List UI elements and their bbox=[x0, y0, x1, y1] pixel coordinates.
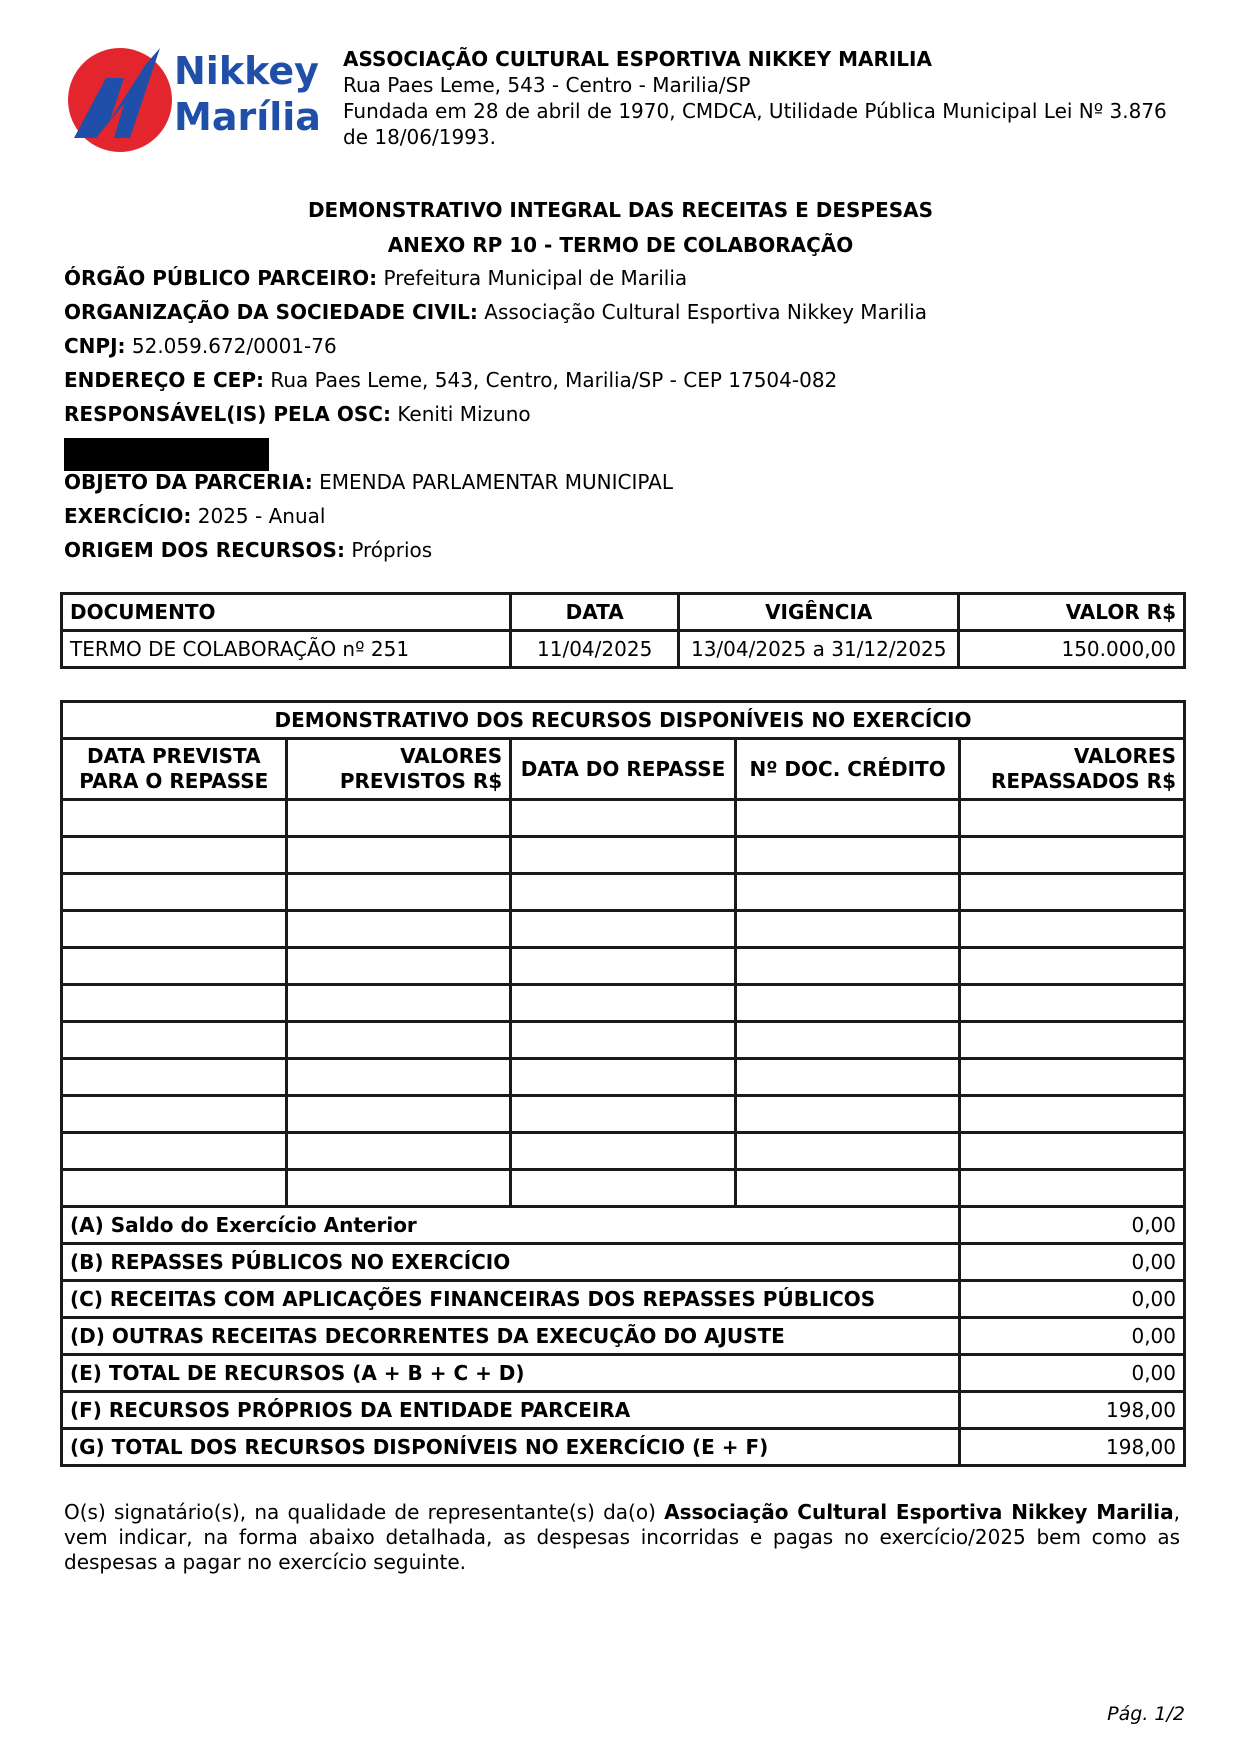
signatory-statement: O(s) signatário(s), na qualidade de repr… bbox=[64, 1500, 1180, 1575]
page-number: Pág. 1/2 bbox=[1107, 1703, 1185, 1725]
summary-value: 198,00 bbox=[960, 1429, 1185, 1466]
empty-cell bbox=[62, 1096, 287, 1133]
resources-table-header: DATA PREVISTA PARA O REPASSE VALORES PRE… bbox=[62, 739, 1185, 800]
field-exercicio: EXERCÍCIO: 2025 - Anual bbox=[64, 503, 325, 529]
summary-value: 0,00 bbox=[960, 1244, 1185, 1281]
summary-label: (E) TOTAL DE RECURSOS (A + B + C + D) bbox=[62, 1355, 960, 1392]
col-doc-credito: Nº DOC. CRÉDITO bbox=[735, 739, 960, 800]
organization-name: ASSOCIAÇÃO CULTURAL ESPORTIVA NIKKEY MAR… bbox=[343, 46, 1183, 72]
empty-cell bbox=[735, 948, 960, 985]
summary-value: 0,00 bbox=[960, 1355, 1185, 1392]
summary-label: (C) RECEITAS COM APLICAÇÕES FINANCEIRAS … bbox=[62, 1281, 960, 1318]
table-row: TERMO DE COLABORAÇÃO nº 251 11/04/2025 1… bbox=[62, 631, 1185, 668]
table-row bbox=[62, 948, 1185, 985]
cell-data: 11/04/2025 bbox=[511, 631, 679, 668]
summary-row: (C) RECEITAS COM APLICAÇÕES FINANCEIRAS … bbox=[62, 1281, 1185, 1318]
empty-cell bbox=[960, 1022, 1185, 1059]
empty-cell bbox=[511, 1170, 736, 1207]
empty-cell bbox=[286, 1133, 511, 1170]
resources-table-caption-row: DEMONSTRATIVO DOS RECURSOS DISPONÍVEIS N… bbox=[62, 702, 1185, 739]
empty-cell bbox=[62, 1059, 287, 1096]
summary-row: (E) TOTAL DE RECURSOS (A + B + C + D)0,0… bbox=[62, 1355, 1185, 1392]
col-data-repasse: DATA DO REPASSE bbox=[511, 739, 736, 800]
summary-value: 198,00 bbox=[960, 1392, 1185, 1429]
col-valor: VALOR R$ bbox=[959, 594, 1185, 631]
empty-cell bbox=[735, 1133, 960, 1170]
table-row bbox=[62, 1170, 1185, 1207]
empty-cell bbox=[960, 911, 1185, 948]
svg-text:Marília: Marília bbox=[174, 95, 321, 139]
empty-cell bbox=[286, 874, 511, 911]
empty-cell bbox=[511, 1096, 736, 1133]
cell-documento: TERMO DE COLABORAÇÃO nº 251 bbox=[62, 631, 511, 668]
empty-cell bbox=[286, 837, 511, 874]
empty-cell bbox=[511, 1022, 736, 1059]
cell-valor: 150.000,00 bbox=[959, 631, 1185, 668]
summary-label: (G) TOTAL DOS RECURSOS DISPONÍVEIS NO EX… bbox=[62, 1429, 960, 1466]
empty-cell bbox=[960, 874, 1185, 911]
empty-cell bbox=[960, 1096, 1185, 1133]
empty-cell bbox=[735, 1170, 960, 1207]
document-title: DEMONSTRATIVO INTEGRAL DAS RECEITAS E DE… bbox=[0, 198, 1241, 222]
empty-cell bbox=[62, 837, 287, 874]
summary-row: (A) Saldo do Exercício Anterior0,00 bbox=[62, 1207, 1185, 1244]
field-origem: ORIGEM DOS RECURSOS: Próprios bbox=[64, 537, 432, 563]
empty-cell bbox=[735, 837, 960, 874]
empty-cell bbox=[511, 874, 736, 911]
empty-cell bbox=[511, 985, 736, 1022]
empty-cell bbox=[286, 1170, 511, 1207]
summary-row: (F) RECURSOS PRÓPRIOS DA ENTIDADE PARCEI… bbox=[62, 1392, 1185, 1429]
table-row bbox=[62, 800, 1185, 837]
table-row bbox=[62, 1059, 1185, 1096]
svg-text:Nikkey: Nikkey bbox=[174, 49, 319, 93]
organization-header: ASSOCIAÇÃO CULTURAL ESPORTIVA NIKKEY MAR… bbox=[343, 46, 1183, 150]
redacted-block bbox=[64, 438, 269, 471]
table-row bbox=[62, 985, 1185, 1022]
empty-cell bbox=[62, 1133, 287, 1170]
col-data: DATA bbox=[511, 594, 679, 631]
empty-cell bbox=[735, 800, 960, 837]
empty-cell bbox=[735, 1096, 960, 1133]
field-responsavel: RESPONSÁVEL(IS) PELA OSC: Keniti Mizuno bbox=[64, 401, 531, 427]
empty-cell bbox=[286, 911, 511, 948]
empty-cell bbox=[511, 1059, 736, 1096]
empty-cell bbox=[960, 1133, 1185, 1170]
summary-label: (A) Saldo do Exercício Anterior bbox=[62, 1207, 960, 1244]
empty-cell bbox=[960, 985, 1185, 1022]
table-row bbox=[62, 1022, 1185, 1059]
col-documento: DOCUMENTO bbox=[62, 594, 511, 631]
empty-cell bbox=[62, 985, 287, 1022]
organization-logo: Nikkey Marília bbox=[66, 42, 334, 152]
summary-label: (F) RECURSOS PRÓPRIOS DA ENTIDADE PARCEI… bbox=[62, 1392, 960, 1429]
table-row bbox=[62, 1133, 1185, 1170]
empty-cell bbox=[286, 1096, 511, 1133]
empty-cell bbox=[286, 1059, 511, 1096]
summary-row: (G) TOTAL DOS RECURSOS DISPONÍVEIS NO EX… bbox=[62, 1429, 1185, 1466]
empty-cell bbox=[960, 800, 1185, 837]
organization-address: Rua Paes Leme, 543 - Centro - Marilia/SP bbox=[343, 72, 1183, 98]
document-subtitle: ANEXO RP 10 - TERMO DE COLABORAÇÃO bbox=[0, 233, 1241, 257]
summary-row: (B) REPASSES PÚBLICOS NO EXERCÍCIO0,00 bbox=[62, 1244, 1185, 1281]
empty-cell bbox=[62, 911, 287, 948]
empty-cell bbox=[286, 985, 511, 1022]
resources-table-caption: DEMONSTRATIVO DOS RECURSOS DISPONÍVEIS N… bbox=[62, 702, 1185, 739]
field-endereco: ENDEREÇO E CEP: Rua Paes Leme, 543, Cent… bbox=[64, 367, 837, 393]
table-row bbox=[62, 837, 1185, 874]
empty-cell bbox=[735, 985, 960, 1022]
document-table: DOCUMENTO DATA VIGÊNCIA VALOR R$ TERMO D… bbox=[60, 592, 1186, 669]
organization-founded: Fundada em 28 de abril de 1970, CMDCA, U… bbox=[343, 98, 1183, 150]
col-data-prevista: DATA PREVISTA PARA O REPASSE bbox=[62, 739, 287, 800]
empty-cell bbox=[511, 837, 736, 874]
summary-value: 0,00 bbox=[960, 1318, 1185, 1355]
summary-value: 0,00 bbox=[960, 1207, 1185, 1244]
summary-value: 0,00 bbox=[960, 1281, 1185, 1318]
empty-cell bbox=[960, 948, 1185, 985]
empty-cell bbox=[62, 800, 287, 837]
col-valores-repassados: VALORES REPASSADOS R$ bbox=[960, 739, 1185, 800]
empty-cell bbox=[511, 800, 736, 837]
field-osc: ORGANIZAÇÃO DA SOCIEDADE CIVIL: Associaç… bbox=[64, 299, 927, 325]
field-objeto: OBJETO DA PARCERIA: EMENDA PARLAMENTAR M… bbox=[64, 469, 673, 495]
empty-cell bbox=[735, 1059, 960, 1096]
empty-cell bbox=[286, 948, 511, 985]
summary-label: (D) OUTRAS RECEITAS DECORRENTES DA EXECU… bbox=[62, 1318, 960, 1355]
empty-cell bbox=[286, 800, 511, 837]
empty-cell bbox=[960, 1059, 1185, 1096]
col-valores-previstos: VALORES PREVISTOS R$ bbox=[286, 739, 511, 800]
empty-cell bbox=[62, 874, 287, 911]
empty-cell bbox=[960, 837, 1185, 874]
empty-cell bbox=[735, 911, 960, 948]
empty-cell bbox=[286, 1022, 511, 1059]
empty-cell bbox=[62, 948, 287, 985]
table-row bbox=[62, 874, 1185, 911]
nikkey-logo-icon: Nikkey Marília bbox=[66, 42, 334, 152]
summary-label: (B) REPASSES PÚBLICOS NO EXERCÍCIO bbox=[62, 1244, 960, 1281]
field-orgao-publico: ÓRGÃO PÚBLICO PARCEIRO: Prefeitura Munic… bbox=[64, 265, 687, 291]
table-row bbox=[62, 911, 1185, 948]
table-row bbox=[62, 1096, 1185, 1133]
cell-vigencia: 13/04/2025 a 31/12/2025 bbox=[679, 631, 959, 668]
empty-cell bbox=[511, 911, 736, 948]
empty-cell bbox=[735, 1022, 960, 1059]
resources-table: DEMONSTRATIVO DOS RECURSOS DISPONÍVEIS N… bbox=[60, 700, 1186, 1467]
empty-cell bbox=[735, 874, 960, 911]
col-vigencia: VIGÊNCIA bbox=[679, 594, 959, 631]
empty-cell bbox=[511, 1133, 736, 1170]
document-table-header: DOCUMENTO DATA VIGÊNCIA VALOR R$ bbox=[62, 594, 1185, 631]
empty-cell bbox=[62, 1170, 287, 1207]
empty-cell bbox=[960, 1170, 1185, 1207]
summary-row: (D) OUTRAS RECEITAS DECORRENTES DA EXECU… bbox=[62, 1318, 1185, 1355]
field-cnpj: CNPJ: 52.059.672/0001-76 bbox=[64, 333, 337, 359]
empty-cell bbox=[62, 1022, 287, 1059]
empty-cell bbox=[511, 948, 736, 985]
